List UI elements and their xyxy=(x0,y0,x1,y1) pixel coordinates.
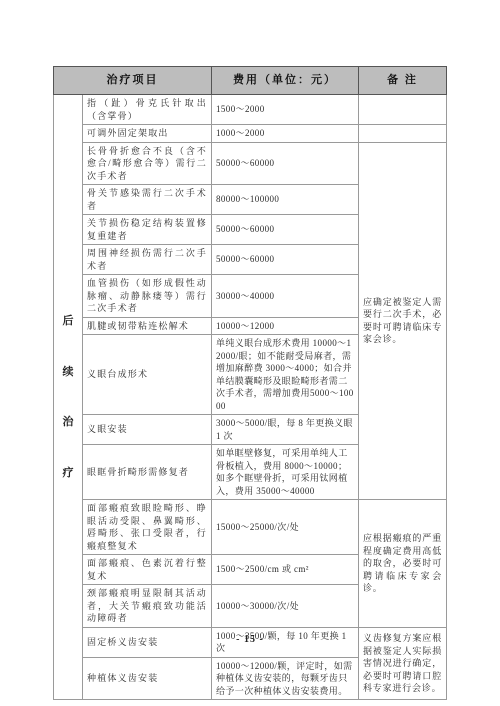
note-cell xyxy=(359,95,447,125)
note-cell-second-surgery: 应确定被鉴定人需要行二次手术，必要时可聘请临床专家会诊。 xyxy=(359,142,447,500)
fee-value: 30000～40000 xyxy=(212,275,359,318)
fee-value: 50000～60000 xyxy=(212,245,359,275)
page-number: - 15 - xyxy=(0,634,500,645)
category-char: 治 xyxy=(63,416,74,429)
table-header-row: 治疗项目 费用（单位：元） 备 注 xyxy=(54,67,447,95)
fee-value: 10000～12000/颗，评定时，如需种植体义齿安装的，每颗牙齿只给予一次种植… xyxy=(212,657,359,700)
fee-value: 50000～60000 xyxy=(212,215,359,245)
fee-table-container: 治疗项目 费用（单位：元） 备 注 后 续 治 疗 指（趾）骨克氏针 xyxy=(53,66,446,700)
treatment-item: 颈部瘢痕明显限制其活动者，大关节瘢痕致功能活动障碍者 xyxy=(83,585,212,628)
fee-value: 1500～2000 xyxy=(212,95,359,125)
treatment-item: 义眼台成形术 xyxy=(83,335,212,415)
fee-value: 15000～25000/次/处 xyxy=(212,500,359,555)
fee-value: 1500～2500/cm 或 cm² xyxy=(212,555,359,585)
table-row: 可调外固定架取出 1000～2000 xyxy=(54,125,447,143)
fee-value: 80000～100000 xyxy=(212,185,359,215)
fee-value: 3000～5000/眼，每 8 年更换义眼 1 次 xyxy=(212,415,359,445)
table-row: 面部瘢痕致眼睑畸形、睁眼活动受限、鼻翼畸形、唇畸形、张口受限者，行瘢痕整复术 1… xyxy=(54,500,447,555)
fee-value: 1000～2000 xyxy=(212,125,359,143)
document-page: 治疗项目 费用（单位：元） 备 注 后 续 治 疗 指（趾）骨克氏针 xyxy=(0,0,500,706)
treatment-item: 肌腱或韧带粘连松解术 xyxy=(83,317,212,335)
category-char: 续 xyxy=(63,366,74,379)
fee-value: 如单眶壁修复，可采用单纯人工骨板植入，费用 8000～10000；如多个眶壁骨折… xyxy=(212,445,359,500)
category-char: 疗 xyxy=(63,467,74,480)
treatment-item: 骨关节感染需行二次手术者 xyxy=(83,185,212,215)
category-vertical-label: 后 续 治 疗 xyxy=(58,315,78,479)
treatment-item: 眼眶骨折畸形需修复者 xyxy=(83,445,212,500)
header-note: 备 注 xyxy=(359,67,447,95)
treatment-item: 面部瘢痕、色素沉着行整复术 xyxy=(83,555,212,585)
treatment-item: 关节损伤稳定结构装置修复重建者 xyxy=(83,215,212,245)
table-row: 后 续 治 疗 指（趾）骨克氏针取出（含掌骨） 1500～2000 xyxy=(54,95,447,125)
header-fee: 费用（单位：元） xyxy=(212,67,359,95)
treatment-item: 义眼安装 xyxy=(83,415,212,445)
treatment-item: 面部瘢痕致眼睑畸形、睁眼活动受限、鼻翼畸形、唇畸形、张口受限者，行瘢痕整复术 xyxy=(83,500,212,555)
treatment-item: 可调外固定架取出 xyxy=(83,125,212,143)
category-char: 后 xyxy=(63,315,74,328)
fee-value: 单纯义眼台成形术费用 10000～12000/眼；如不能耐受局麻者，需增加麻醉费… xyxy=(212,335,359,415)
treatment-item: 血管损伤（如形成假性动脉瘤、动静脉瘘等）需行二次手术者 xyxy=(83,275,212,318)
treatment-item: 指（趾）骨克氏针取出（含掌骨） xyxy=(83,95,212,125)
treatment-fee-table: 治疗项目 费用（单位：元） 备 注 后 续 治 疗 指（趾）骨克氏针 xyxy=(53,66,447,700)
table-row: 长骨骨折愈合不良（含不愈合/畸形愈合等）需行二次手术者 50000～60000 … xyxy=(54,142,447,185)
note-cell-scar-severity: 应根据瘢痕的严重程度确定费用高低的取舍，必要时可聘请临床专家会诊。 xyxy=(359,500,447,628)
treatment-item: 种植体义齿安装 xyxy=(83,657,212,700)
fee-value: 10000～12000 xyxy=(212,317,359,335)
fee-value: 50000～60000 xyxy=(212,142,359,185)
treatment-item: 长骨骨折愈合不良（含不愈合/畸形愈合等）需行二次手术者 xyxy=(83,142,212,185)
header-treatment-item: 治疗项目 xyxy=(54,67,212,95)
treatment-item: 周围神经损伤需行二次手术者 xyxy=(83,245,212,275)
category-cell-follow-up-treatment: 后 续 治 疗 xyxy=(54,95,83,700)
note-cell xyxy=(359,125,447,143)
fee-value: 10000～30000/次/处 xyxy=(212,585,359,628)
